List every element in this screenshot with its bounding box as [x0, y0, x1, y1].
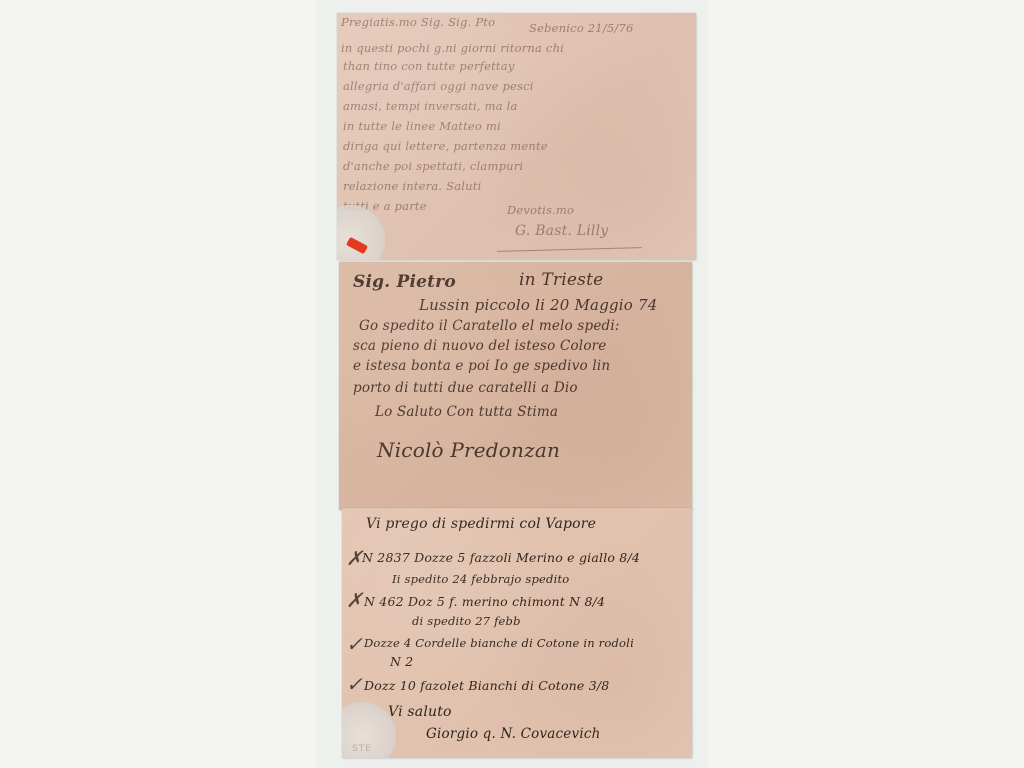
card1-signature: G. Bast. Lilly — [515, 223, 608, 239]
checkmark-icon: ✗ — [346, 546, 363, 570]
card1-closing: Devotis.mo — [507, 203, 574, 217]
checkmark-icon: ✓ — [346, 632, 363, 656]
signature-underline — [497, 247, 642, 252]
card2-text-line: e istesa bonta e poi Io ge spedivo lin — [353, 358, 610, 374]
card1-text-line: in tutte le linee Matteo mi — [343, 119, 501, 133]
card2-destination: in Trieste — [519, 270, 603, 290]
checkmark-icon: ✓ — [346, 672, 363, 696]
card2-text-line: Go spedito il Caratello el melo spedi: — [359, 318, 620, 334]
card2-text-line: porto di tutti due caratelli a Dio — [353, 380, 578, 396]
card3-order-item: Dozz 10 fazolet Bianchi di Cotone 3/8 — [364, 678, 609, 693]
card1-text-line: than tino con tutte perfettay — [343, 59, 515, 73]
card3-order-item: N 2837 Dozze 5 fazzoli Merino e giallo 8… — [362, 550, 640, 565]
seal-text: STE — [352, 744, 372, 754]
card3-signature: Giorgio q. N. Covacevich — [426, 726, 601, 742]
card1-salutation: Pregiatis.mo Sig. Sig. Pto — [341, 15, 495, 29]
card3-order-item: N 462 Doz 5 f. merino chimont N 8/4 — [364, 594, 605, 609]
postcard-2: Sig. Pietro in Trieste Lussin piccolo li… — [339, 262, 692, 510]
card1-date: Sebenico 21/5/76 — [529, 21, 634, 35]
card2-closing: Lo Saluto Con tutta Stima — [375, 404, 558, 420]
card3-order-note: Ii spedito 24 febbrajo spedito — [392, 572, 569, 586]
card1-text-line: d'anche poi spettati, clampuri — [343, 159, 523, 173]
card3-request-line: Vi prego di spedirmi col Vapore — [366, 516, 596, 532]
card1-text-line: relazione intera. Saluti — [343, 179, 481, 193]
postcard-3: Vi prego di spedirmi col Vapore ✗ N 2837… — [342, 508, 692, 758]
card2-signature: Nicolò Predonzan — [377, 438, 560, 462]
card1-text-line: in questi pochi g.ni giorni ritorna chi — [341, 41, 564, 55]
card1-text-line: diriga qui lettere, partenza mente — [343, 139, 548, 153]
card2-addressee: Sig. Pietro — [353, 272, 456, 292]
card1-text-line: allegria d'affari oggi nave pesci — [343, 79, 534, 93]
postcard-1: Pregiatis.mo Sig. Sig. Pto Sebenico 21/5… — [337, 13, 696, 260]
card3-order-note: di spedito 27 febb — [412, 614, 521, 628]
card3-closing: Vi saluto — [388, 704, 452, 720]
card3-order-item: Dozze 4 Cordelle bianche di Cotone in ro… — [364, 636, 634, 650]
card2-place-date: Lussin piccolo li 20 Maggio 74 — [419, 296, 657, 314]
card2-text-line: sca pieno di nuovo del isteso Colore — [353, 338, 607, 354]
checkmark-icon: ✗ — [346, 588, 363, 612]
card1-text-line: amasi, tempi inversati, ma la — [343, 99, 518, 113]
card3-order-note: N 2 — [390, 654, 413, 669]
